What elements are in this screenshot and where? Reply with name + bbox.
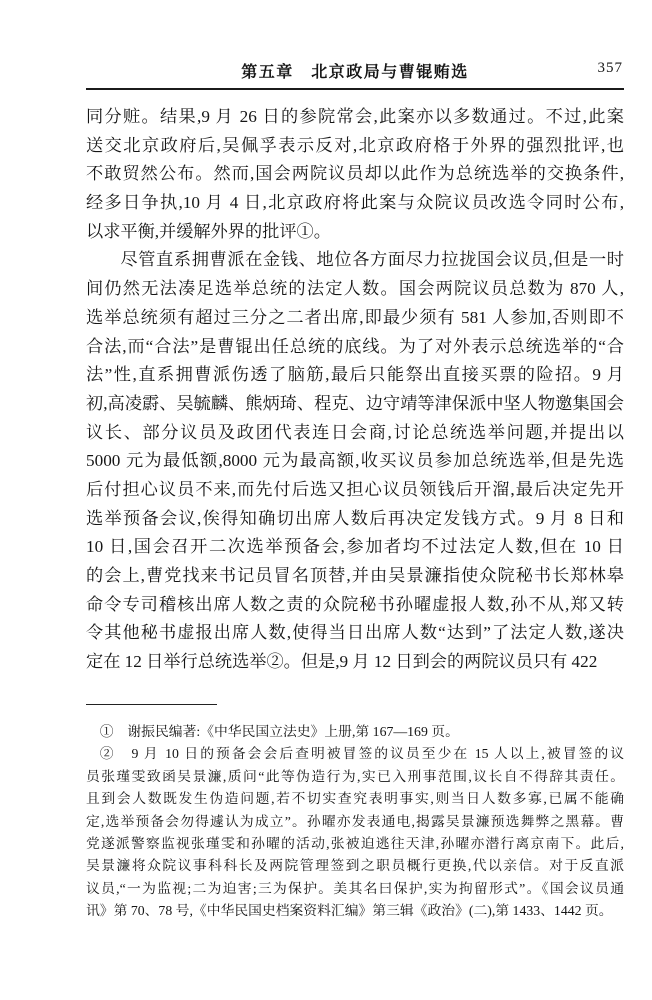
text-line: 后付担心议员不来,而先付后选又担心议员领钱后开溜,最后决定先开 (86, 476, 624, 505)
text-line: 讯》第 70、78 号,《中华民国史档案资料汇编》第三辑《政治》(二),第 14… (86, 900, 624, 922)
text-line: 定,选举预备会勿得遽认为成立”。孙曜亦发表通电,揭露吴景濂预选舞弊之黑幕。曹 (86, 811, 624, 833)
running-header: 第五章 北京政局与曹锟贿选 357 (86, 59, 624, 81)
text-line: 议员,“一为监视;二为迫害;三为保护。美其名曰保护,实为拘留形式”。《国会议员通 (86, 878, 624, 900)
text-line: 不敢贸然公布。然而,国会两院议员却以此作为总统选举的交换条件, (86, 160, 624, 189)
footnote-1: ① 谢振民编著:《中华民国立法史》上册,第 167—169 页。 (86, 721, 624, 743)
chapter-title: 第五章 北京政局与曹锟贿选 (86, 59, 624, 82)
text-line: 10 日,国会召开二次选举预备会,参加者均不过法定人数,但在 10 日 (86, 533, 624, 562)
footnotes: ① 谢振民编著:《中华民国立法史》上册,第 167—169 页。 ② 9 月 1… (86, 721, 624, 923)
text-line: 员张瑾雯致函吴景濂,质问“此等伪造行为,实已入刑事范围,议长自不得辞其责任。 (86, 766, 624, 788)
body-text: 同分赃。结果,9 月 26 日的参院常会,此案亦以多数通过。不过,此案送交北京政… (86, 103, 624, 677)
text-line: 经多日争执,10 月 4 日,北京政府将此案与众院议员改选令同时公布, (86, 189, 624, 218)
text-line: 同分赃。结果,9 月 26 日的参院常会,此案亦以多数通过。不过,此案 (86, 103, 624, 132)
footnote-2: ② 9 月 10 日的预备会会后查明被冒签的议员至少在 15 人以上,被冒签的议… (86, 743, 624, 922)
text-line: 以求平衡,并缓解外界的批评①。 (86, 218, 624, 247)
header-rule (86, 88, 624, 90)
text-line: 令其他秘书虚报出席人数,使得当日出席人数“达到”了法定人数,遂决 (86, 619, 624, 648)
text-line: 的会上,曹党找来书记员冒名顶替,并由吴景濂指使众院秘书长郑林皋 (86, 562, 624, 591)
text-line: 法”性,直系拥曹派伤透了脑筋,最后只能祭出直接买票的险招。9 月 (86, 361, 624, 390)
text-line: ① 谢振民编著:《中华民国立法史》上册,第 167—169 页。 (86, 721, 624, 743)
text-line: 送交北京政府后,吴佩孚表示反对,北京政府格于外界的强烈批评,也 (86, 132, 624, 161)
footnote-divider (86, 704, 217, 705)
text-line: 且到会人数既发生伪造问题,若不切实查究表明事实,则当日人数多寡,已属不能确 (86, 788, 624, 810)
text-line: 合法,而“合法”是曹锟出任总统的底线。为了对外表示总统选举的“合 (86, 333, 624, 362)
text-line: 选举预备会议,俟得知确切出席人数后再决定发钱方式。9 月 8 日和 (86, 505, 624, 534)
text-line: 定在 12 日举行总统选举②。但是,9 月 12 日到会的两院议员只有 422 (86, 648, 624, 677)
text-line: 党遂派警察监视张瑾雯和孙曜的活动,张被迫逃往天津,孙曜亦潜行离京南下。此后, (86, 833, 624, 855)
paragraph-continuation: 同分赃。结果,9 月 26 日的参院常会,此案亦以多数通过。不过,此案送交北京政… (86, 103, 624, 246)
paragraph-main: 尽管直系拥曹派在金钱、地位各方面尽力拉拢国会议员,但是一时间仍然无法凑足选举总统… (86, 246, 624, 676)
text-line: 尽管直系拥曹派在金钱、地位各方面尽力拉拢国会议员,但是一时 (86, 246, 624, 275)
text-line: 吴景濂将众院议事科科长及两院管理签到之职员概行更换,代以亲信。对于反直派 (86, 855, 624, 877)
book-page: 第五章 北京政局与曹锟贿选 357 同分赃。结果,9 月 26 日的参院常会,此… (0, 0, 652, 1000)
text-line: 初,高凌霨、吴毓麟、熊炳琦、程克、边守靖等津保派中坚人物邀集国会 (86, 390, 624, 419)
page-number: 357 (598, 60, 624, 77)
text-line: 5000 元为最低额,8000 元为最高额,收买议员参加总统选举,但是先选 (86, 447, 624, 476)
text-line: 命令专司稽核出席人数之责的众院秘书孙曜虚报人数,孙不从,郑又转 (86, 591, 624, 620)
text-line: ② 9 月 10 日的预备会会后查明被冒签的议员至少在 15 人以上,被冒签的议 (86, 743, 624, 765)
text-line: 选举总统须有超过三分之二者出席,即最少须有 581 人参加,否则即不 (86, 304, 624, 333)
text-line: 间仍然无法凑足选举总统的法定人数。国会两院议员总数为 870 人, (86, 275, 624, 304)
text-line: 议长、部分议员及政团代表连日会商,讨论总统选举问题,并提出以 (86, 419, 624, 448)
